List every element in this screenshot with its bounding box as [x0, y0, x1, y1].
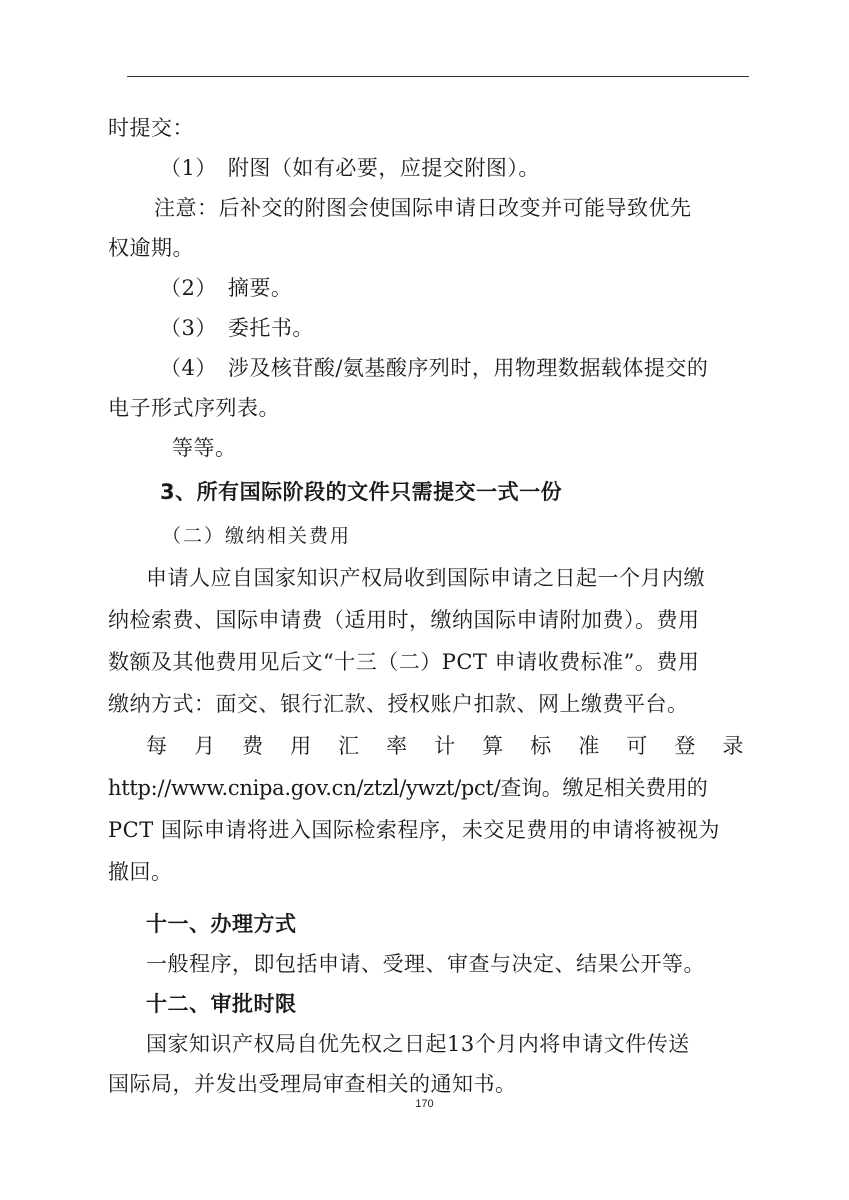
spread-line: 每 月 费 用 汇 率 计 算 标 准 可 登 录 — [146, 732, 744, 760]
char: 登 — [674, 732, 696, 760]
list-item-3: （3） 委托书。 — [160, 314, 314, 342]
page-number: 170 — [0, 1098, 849, 1110]
char: 可 — [626, 732, 648, 760]
subsection-heading: （二）缴纳相关费用 — [162, 522, 351, 550]
section-heading-11: 十一、办理方式 — [146, 910, 297, 938]
paragraph-line: PCT 国际申请将进入国际检索程序，未交足费用的申请将被视为 — [108, 816, 720, 844]
list-item-2: （2） 摘要。 — [160, 274, 292, 302]
char: 每 — [146, 732, 168, 760]
char: 录 — [722, 732, 744, 760]
text-line: 电子形式序列表。 — [108, 394, 280, 422]
paragraph-line: 缴纳方式：面交、银行汇款、授权账户扣款、网上缴费平台。 — [108, 690, 689, 718]
paragraph-line: 撤回。 — [108, 858, 173, 886]
char: 准 — [578, 732, 600, 760]
paragraph-line: 申请人应自国家知识产权局收到国际申请之日起一个月内缴 — [146, 564, 705, 592]
text-line: 权逾期。 — [108, 234, 194, 262]
char: 算 — [482, 732, 504, 760]
char: 费 — [242, 732, 264, 760]
list-item-4: （4） 涉及核苷酸/氨基酸序列时，用物理数据载体提交的 — [160, 354, 708, 382]
header-rule — [127, 76, 749, 77]
char: 汇 — [338, 732, 360, 760]
paragraph-line: 国家知识产权局自优先权之日起13个月内将申请文件传送 — [146, 1030, 690, 1058]
section-heading-3: 3、所有国际阶段的文件只需提交一式一份 — [160, 478, 562, 506]
char: 标 — [530, 732, 552, 760]
section-heading-12: 十二、审批时限 — [146, 990, 297, 1018]
paragraph-line: 纳检索费、国际申请费（适用时，缴纳国际申请附加费）。费用 — [108, 606, 700, 634]
url-line: http://www.cnipa.gov.cn/ztzl/ywzt/pct/查询… — [108, 774, 707, 802]
paragraph-line: 国际局，并发出受理局审查相关的通知书。 — [108, 1070, 517, 1098]
char: 月 — [194, 732, 216, 760]
note-line: 注意：后补交的附图会使国际申请日改变并可能导致优先 — [154, 194, 692, 222]
char: 率 — [386, 732, 408, 760]
text-line: 等等。 — [172, 434, 237, 462]
list-item-1: （1） 附图（如有必要，应提交附图）。 — [160, 154, 540, 182]
char: 用 — [290, 732, 312, 760]
paragraph-line: 一般程序，即包括申请、受理、审查与决定、结果公开等。 — [146, 950, 705, 978]
char: 计 — [434, 732, 456, 760]
paragraph-line: 数额及其他费用见后文“十三（二）PCT 申请收费标准”。费用 — [108, 648, 699, 676]
text-line: 时提交： — [108, 114, 194, 142]
